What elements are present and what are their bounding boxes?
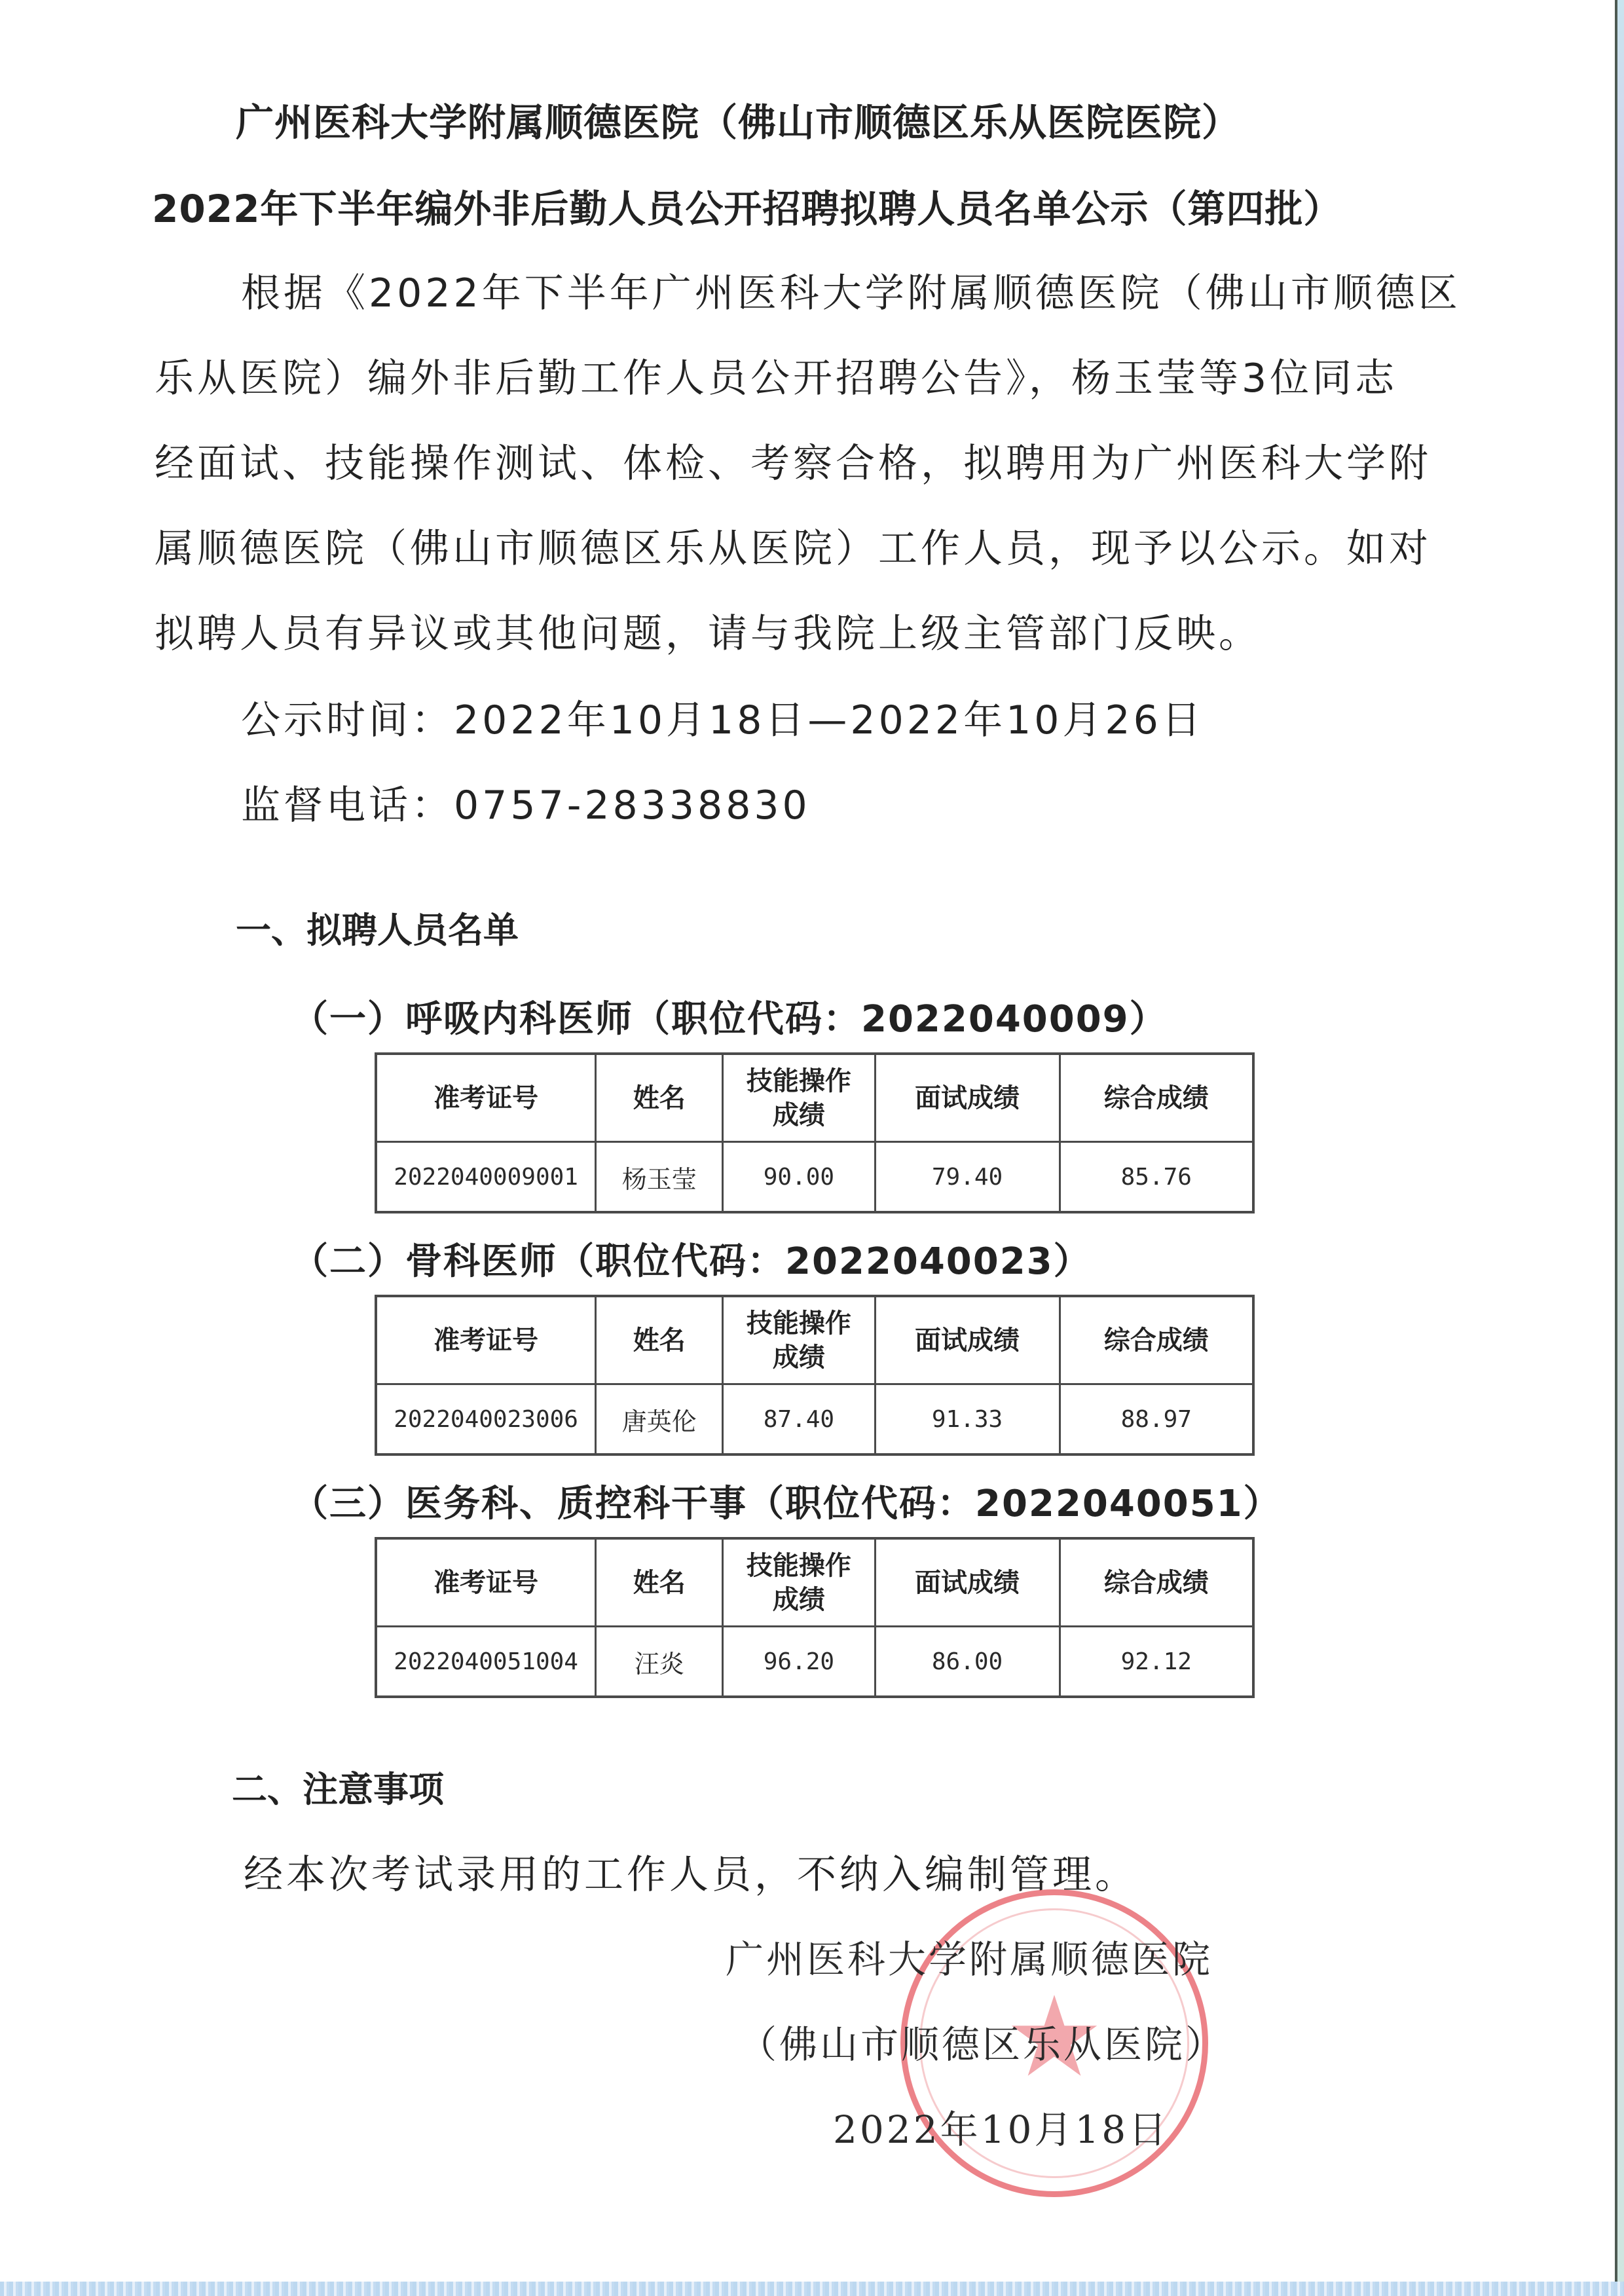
col-total: 综合成绩 xyxy=(1060,1054,1253,1142)
col-skill: 技能操作成绩 xyxy=(723,1538,875,1627)
cell-total: 92.12 xyxy=(1060,1627,1253,1697)
col-interview: 面试成绩 xyxy=(875,1054,1060,1142)
intro-line-5: 拟聘人员有异议或其他问题，请与我院上级主管部门反映。 xyxy=(155,602,1261,659)
intro-line-4: 属顺德医院（佛山市顺德区乐从医院）工作人员，现予以公示。如对 xyxy=(155,517,1431,574)
table-header-row: 准考证号 姓名 技能操作成绩 面试成绩 综合成绩 xyxy=(376,1538,1253,1627)
col-total: 综合成绩 xyxy=(1060,1296,1253,1384)
cell-interview: 79.40 xyxy=(875,1142,1060,1213)
table-header-row: 准考证号 姓名 技能操作成绩 面试成绩 综合成绩 xyxy=(376,1054,1253,1142)
cell-skill: 90.00 xyxy=(723,1142,875,1213)
col-exam-id: 准考证号 xyxy=(376,1296,596,1384)
col-exam-id: 准考证号 xyxy=(376,1054,596,1142)
scan-edge-strip xyxy=(1617,0,1624,2296)
section1-heading: 一、拟聘人员名单 xyxy=(236,902,519,953)
document-title-line2: 2022年下半年编外非后勤人员公开招聘拟聘人员名单公示（第四批） xyxy=(152,178,1342,233)
col-name: 姓名 xyxy=(596,1296,723,1384)
table-row: 2022040023006 唐英伦 87.40 91.33 88.97 xyxy=(376,1384,1253,1455)
cell-interview: 86.00 xyxy=(875,1627,1060,1697)
col-exam-id: 准考证号 xyxy=(376,1538,596,1627)
col-skill: 技能操作成绩 xyxy=(723,1296,875,1384)
section2-text: 经本次考试录用的工作人员，不纳入编制管理。 xyxy=(244,1843,1137,1900)
col-interview: 面试成绩 xyxy=(875,1296,1060,1384)
score-table-2: 准考证号 姓名 技能操作成绩 面试成绩 综合成绩 2022040023006 唐… xyxy=(375,1295,1255,1456)
cell-name: 唐英伦 xyxy=(596,1384,723,1455)
score-table-3: 准考证号 姓名 技能操作成绩 面试成绩 综合成绩 2022040051004 汪… xyxy=(375,1537,1255,1698)
cell-total: 85.76 xyxy=(1060,1142,1253,1213)
table-row: 2022040051004 汪炎 96.20 86.00 92.12 xyxy=(376,1627,1253,1697)
cell-interview: 91.33 xyxy=(875,1384,1060,1455)
cell-exam-id: 2022040009001 xyxy=(376,1142,596,1213)
section2-heading: 二、注意事项 xyxy=(232,1762,444,1812)
position-1-title: （一）呼吸内科医师（职位代码：2022040009） xyxy=(291,990,1168,1043)
score-table-1: 准考证号 姓名 技能操作成绩 面试成绩 综合成绩 2022040009001 杨… xyxy=(375,1052,1255,1213)
col-name: 姓名 xyxy=(596,1538,723,1627)
cell-skill: 96.20 xyxy=(723,1627,875,1697)
publicity-period: 公示时间：2022年10月18日—2022年10月26日 xyxy=(241,689,1204,745)
cell-total: 88.97 xyxy=(1060,1384,1253,1455)
intro-line-2: 乐从医院）编外非后勤工作人员公开招聘公告》，杨玉莹等3位同志 xyxy=(155,347,1397,403)
signature-org-line1: 广州医科大学附属顺德医院 xyxy=(726,1929,1213,1984)
position-2-title: （二）骨科医师（职位代码：2022040023） xyxy=(291,1232,1092,1285)
table-row: 2022040009001 杨玉莹 90.00 79.40 85.76 xyxy=(376,1142,1253,1213)
intro-line-1: 根据《2022年下半年广州医科大学附属顺德医院（佛山市顺德区 xyxy=(241,262,1461,318)
signature-org-line2: （佛山市顺德区乐从医院） xyxy=(739,2014,1226,2069)
table-header-row: 准考证号 姓名 技能操作成绩 面试成绩 综合成绩 xyxy=(376,1296,1253,1384)
col-total: 综合成绩 xyxy=(1060,1538,1253,1627)
col-interview: 面试成绩 xyxy=(875,1538,1060,1627)
col-skill: 技能操作成绩 xyxy=(723,1054,875,1142)
document-title-line1: 广州医科大学附属顺德医院（佛山市顺德区乐从医院医院） xyxy=(236,92,1240,147)
cell-exam-id: 2022040051004 xyxy=(376,1627,596,1697)
signature-date: 2022年10月18日 xyxy=(833,2099,1169,2154)
cell-name: 杨玉莹 xyxy=(596,1142,723,1213)
scan-bottom-strip xyxy=(0,2282,1624,2296)
cell-name: 汪炎 xyxy=(596,1627,723,1697)
position-3-title: （三）医务科、质控科干事（职位代码：2022040051） xyxy=(291,1475,1282,1527)
cell-exam-id: 2022040023006 xyxy=(376,1384,596,1455)
col-name: 姓名 xyxy=(596,1054,723,1142)
supervision-phone: 监督电话：0757-28338830 xyxy=(241,774,811,830)
cell-skill: 87.40 xyxy=(723,1384,875,1455)
intro-line-3: 经面试、技能操作测试、体检、考察合格，拟聘用为广州医科大学附 xyxy=(155,432,1431,489)
